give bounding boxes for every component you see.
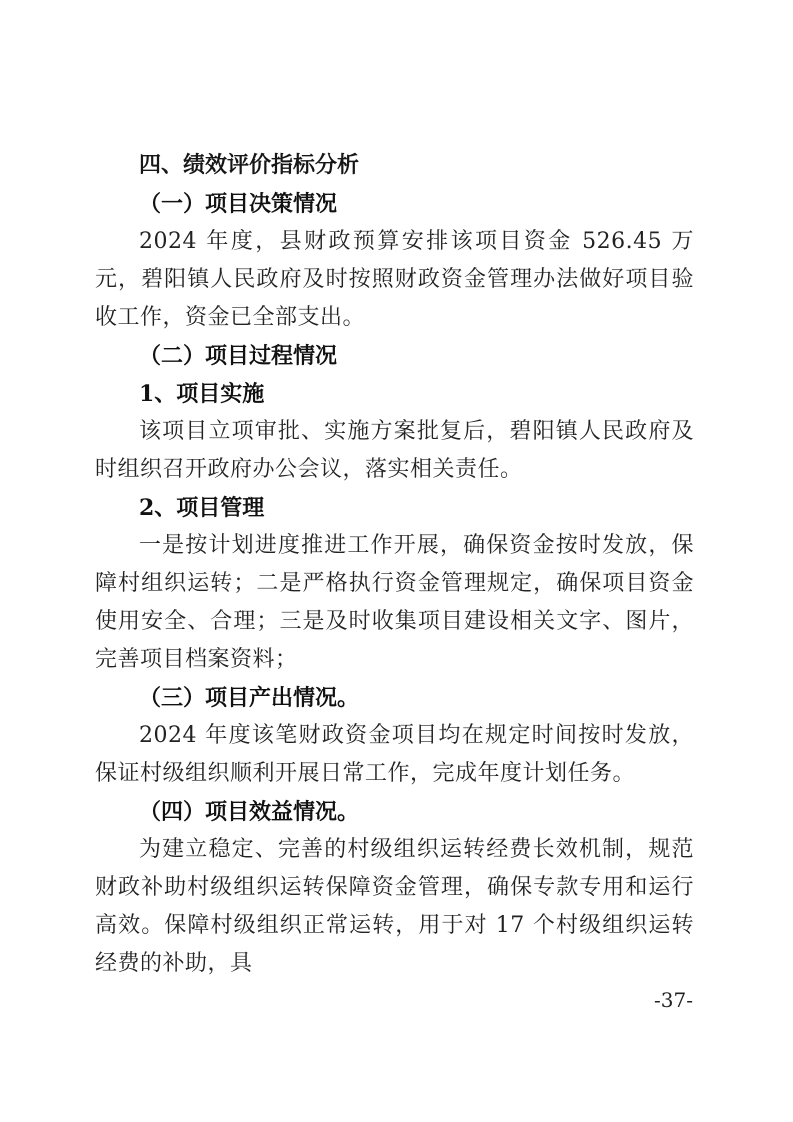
paragraph-project-decision: 2024 年度，县财政预算安排该项目资金 526.45 万元，碧阳镇人民政府及时… [95, 223, 694, 337]
paragraph-project-output: 2024 年度该笔财政资金项目均在规定时间按时发放，保证村级组织顺利开展日常工作… [95, 717, 694, 793]
subsection-heading-project-process: （二）项目过程情况 [95, 337, 694, 375]
paragraph-project-management: 一是按计划进度推进工作开展，确保资金按时发放，保障村组织运转；二是严格执行资金管… [95, 527, 694, 679]
paragraph-project-benefit: 为建立稳定、完善的村级组织运转经费长效机制，规范财政补助村级组织运转保障资金管理… [95, 831, 694, 983]
section-heading-performance-indicator-analysis: 四、绩效评价指标分析 [95, 147, 694, 185]
subsection-heading-project-benefit: （四）项目效益情况。 [95, 793, 694, 831]
subsection-heading-project-decision: （一）项目决策情况 [95, 185, 694, 223]
paragraph-project-implementation: 该项目立项审批、实施方案批复后，碧阳镇人民政府及时组织召开政府办公会议，落实相关… [95, 413, 694, 489]
subheading-project-implementation: 1、项目实施 [95, 375, 694, 413]
document-page: 四、绩效评价指标分析 （一）项目决策情况 2024 年度，县财政预算安排该项目资… [0, 0, 793, 1122]
subsection-heading-project-output: （三）项目产出情况。 [95, 679, 694, 717]
page-number: -37- [654, 988, 693, 1012]
subheading-project-management: 2、项目管理 [95, 489, 694, 527]
